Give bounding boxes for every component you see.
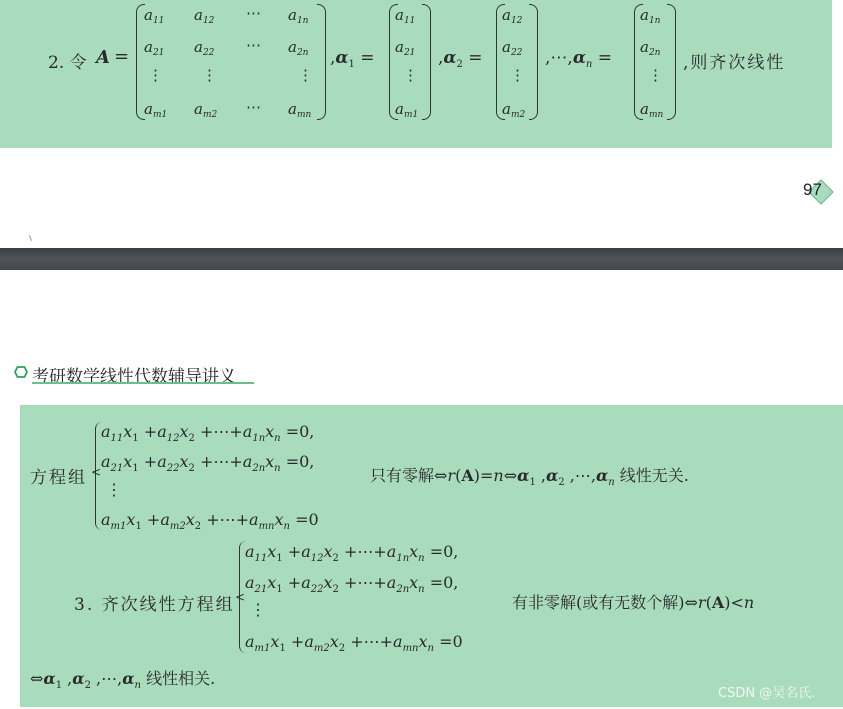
equation-1: a11x1 +a12x2 +⋯+a1nxn =0,: [101, 422, 314, 444]
item2-prefix: 2. 令: [48, 48, 87, 73]
scan-mark: [29, 235, 32, 241]
equation-2-2: a21x1 +a22x2 +⋯+a2nxn =0,: [245, 573, 458, 595]
statement-only-zero-solution: 只有零解⇔r(A)=n⇔α1 ,α2 ,⋯,αn 线性无关.: [370, 463, 689, 488]
alphan-label: ,⋯,αn =: [545, 48, 612, 70]
csdn-watermark: CSDN @吴名氏.: [718, 682, 815, 701]
equals-sign: =: [114, 46, 129, 67]
statement-linearly-dependent: ⇔α1 ,α2 ,⋯,αn 线性相关.: [30, 666, 215, 691]
alpha1-label: ,α1 =: [330, 48, 375, 70]
system-label: 方程组: [30, 463, 87, 488]
equation-vdots: ⋮: [106, 480, 122, 499]
equation-2: a21x1 +a22x2 +⋯+a2nxn =0,: [101, 452, 314, 474]
vector-alphan: a1n a2n ⋮ amn: [634, 4, 676, 120]
matrix-A-symbol: A: [96, 47, 110, 68]
equation-2-m: am1x1 +am2x2 +⋯+amnxn =0: [245, 632, 463, 654]
heading-underline: [32, 382, 254, 384]
item3-label: 3. 齐次线性方程组: [74, 590, 235, 615]
statement-nonzero-solution: 有非零解(或有无数个解)⇔r(A)<n: [512, 590, 754, 613]
equation-2-1: a11x1 +a12x2 +⋯+a1nxn =0,: [245, 542, 458, 564]
page-number: 97: [803, 180, 822, 200]
hexagon-icon: [14, 366, 28, 378]
alpha2-label: ,α2 =: [438, 48, 483, 70]
equation-2-vdots: ⋮: [250, 600, 266, 619]
vector-alpha2: a12 a22 ⋮ am2: [496, 4, 538, 120]
page-separator: [0, 248, 843, 270]
equation-m: am1x1 +am2x2 +⋯+amnxn =0: [101, 510, 319, 532]
vector-alpha1: a11 a21 ⋮ am1: [389, 4, 431, 120]
matrix-A: a11 a12 ⋯ a1n a21 a22 ⋯ a2n ⋮ ⋮ ⋮ am1 am…: [136, 4, 326, 120]
item2-suffix: ,则齐次线性: [683, 48, 785, 73]
